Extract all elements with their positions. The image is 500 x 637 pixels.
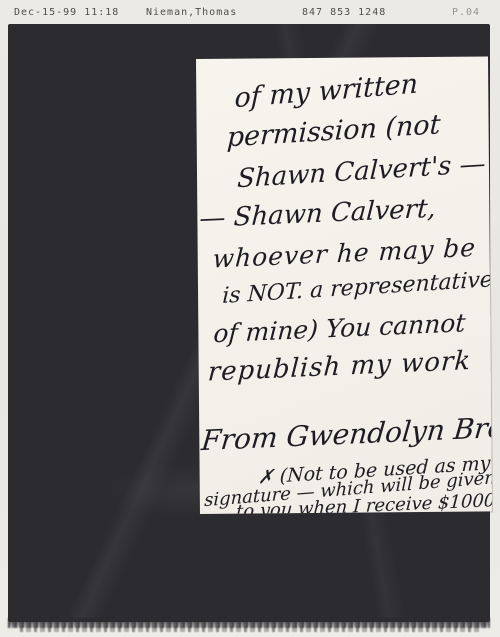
fax-number: 847 853 1248 [302, 7, 386, 18]
handwritten-line: whoever he may be [212, 235, 477, 272]
fax-sender-name: Nieman,Thomas [146, 7, 237, 18]
handwritten-signature-line: From Gwendolyn Brooks [200, 412, 492, 455]
handwritten-line: Shawn Calvert's — [237, 151, 486, 192]
scanned-fax-page: Dec-15-99 11:18 Nieman,Thomas 847 853 12… [0, 0, 500, 637]
toner-speckle-edge [20, 626, 482, 632]
fax-header: Dec-15-99 11:18 Nieman,Thomas 847 853 12… [0, 4, 500, 22]
handwritten-line: republish my work [207, 348, 472, 386]
fax-timestamp: Dec-15-99 11:18 [14, 7, 119, 18]
fax-page-number: P.04 [452, 7, 480, 18]
handwritten-line: is NOT. a representative [222, 269, 492, 308]
handwritten-line: of mine) You cannot [213, 310, 466, 346]
handwritten-line: of my written [234, 71, 418, 113]
handwritten-line: — Shawn Calvert, [199, 196, 437, 232]
handwritten-line: permission (not [226, 111, 441, 151]
handwritten-note-paper: of my written permission (not Shawn Calv… [196, 56, 492, 514]
